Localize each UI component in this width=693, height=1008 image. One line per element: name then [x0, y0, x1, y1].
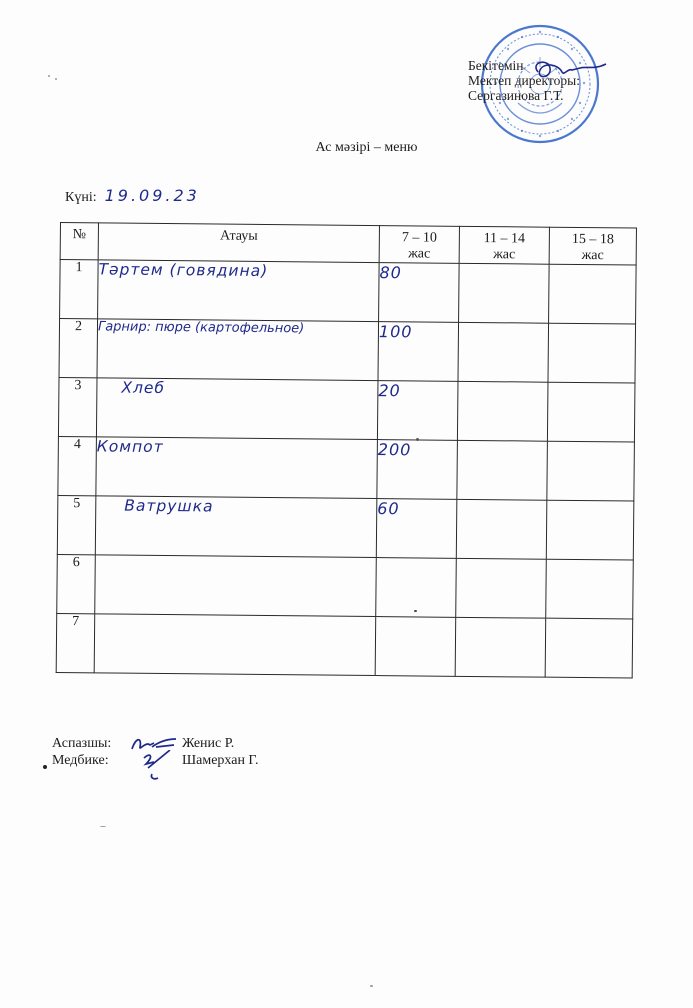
portion-7-10: [376, 558, 457, 618]
bullet-mark: [43, 765, 47, 769]
dish-name: Гарнир: пюре (картофельное): [97, 319, 379, 381]
header-age-11-14-unit: жас: [460, 247, 549, 264]
header-age-7-10-range: 7 – 10: [380, 230, 459, 247]
approval-director-name: Сергазинова Г.Т.: [468, 88, 580, 103]
signatures-block: Аспазшы: Женис Р. Медбике: Шамерхан Г.: [52, 735, 258, 769]
portion-15-18: [546, 559, 634, 619]
dish-name: [94, 614, 376, 676]
table-row: 4 Компот 200: [58, 436, 635, 501]
row-number: 5: [57, 495, 96, 554]
portion-7-10-value: 200: [378, 440, 412, 459]
dish-name: [95, 555, 377, 617]
header-number: №: [60, 223, 98, 260]
header-age-15-18: 15 – 18 жас: [549, 227, 636, 265]
row-number: 2: [59, 319, 98, 378]
scan-speck: [55, 78, 57, 80]
portion-7-10: 60: [376, 499, 457, 559]
portion-15-18: [547, 441, 635, 501]
table-row: 1 Тәртем (говядина) 80: [60, 260, 637, 325]
portion-11-14: [459, 263, 550, 323]
portion-7-10: 20: [377, 381, 458, 441]
header-age-11-14-range: 11 – 14: [460, 231, 549, 248]
dish-name: Компот: [96, 437, 378, 499]
date-label: Күні:: [65, 190, 97, 206]
scan-speck: [48, 75, 50, 77]
row-number: 4: [58, 436, 97, 495]
header-name: Атауы: [98, 223, 379, 263]
header-age-7-10: 7 – 10 жас: [379, 226, 459, 264]
dish-name: Тәртем (говядина): [98, 260, 380, 322]
portion-11-14: [457, 381, 548, 441]
row-number: 1: [60, 260, 99, 319]
row-number: 3: [58, 377, 97, 436]
nurse-signature-icon: [130, 752, 180, 769]
scan-speck: [100, 826, 106, 827]
portion-15-18: [547, 382, 635, 442]
dish-name-text: Ватрушка: [124, 497, 213, 516]
dish-name-text: Компот: [97, 437, 164, 456]
portion-7-10: 100: [378, 322, 459, 382]
row-number: 7: [56, 613, 95, 672]
header-age-15-18-unit: жас: [550, 248, 636, 265]
cook-role: Аспазшы:: [52, 736, 130, 752]
nurse-name: Шамерхан Г.: [182, 753, 258, 769]
nurse-role: Медбике:: [52, 753, 130, 769]
portion-7-10: 80: [379, 263, 460, 323]
portion-15-18: [548, 323, 636, 383]
menu-table: № Атауы 7 – 10 жас 11 – 14 жас 15 – 18 ж…: [56, 222, 636, 679]
portion-15-18: [545, 618, 633, 678]
portion-11-14: [455, 617, 546, 677]
dish-name-text: Тәртем (говядина): [98, 260, 268, 280]
dish-name-text: Гарнир: пюре (картофельное): [98, 319, 304, 336]
portion-15-18: [546, 500, 634, 560]
table-row: 2 Гарнир: пюре (картофельное) 100: [59, 319, 636, 384]
portion-7-10-value: 60: [377, 499, 400, 518]
director-signature-icon: [528, 58, 608, 82]
portion-7-10-value: 100: [379, 322, 413, 341]
table-row: 5 Ватрушка 60: [57, 495, 634, 560]
table-header-row: № Атауы 7 – 10 жас 11 – 14 жас 15 – 18 ж…: [60, 223, 636, 266]
scan-speck: [370, 985, 373, 987]
dish-name-text: Хлеб: [121, 379, 165, 397]
header-age-7-10-unit: жас: [380, 246, 459, 263]
scan-speck: [416, 438, 419, 441]
portion-7-10-value: 80: [379, 263, 402, 282]
portion-11-14: [456, 558, 547, 618]
nurse-signature-row: Медбике: Шамерхан Г.: [52, 752, 258, 769]
table-row: 3 Хлеб 20: [58, 377, 635, 442]
document-page: Бекітемін Мектеп директоры: Сергазинова …: [0, 0, 693, 1008]
portion-15-18: [549, 264, 637, 324]
date-row: Күні: 19.09.23: [65, 186, 200, 206]
row-number: 6: [57, 554, 96, 613]
date-value: 19.09.23: [105, 186, 200, 205]
table-row: 7: [56, 613, 633, 678]
scan-speck: [414, 610, 417, 612]
portion-11-14: [456, 499, 547, 559]
header-age-11-14: 11 – 14 жас: [459, 226, 549, 264]
portion-7-10-value: 20: [378, 381, 401, 400]
portion-11-14: [458, 322, 549, 382]
table-row: 6: [57, 554, 634, 619]
cook-name: Женис Р.: [182, 736, 234, 752]
portion-11-14: [457, 440, 548, 500]
header-age-15-18-range: 15 – 18: [550, 232, 636, 249]
dish-name: Ватрушка: [95, 496, 377, 558]
dish-name: Хлеб: [96, 378, 378, 440]
portion-7-10: [375, 617, 456, 677]
portion-7-10: 200: [377, 440, 458, 500]
